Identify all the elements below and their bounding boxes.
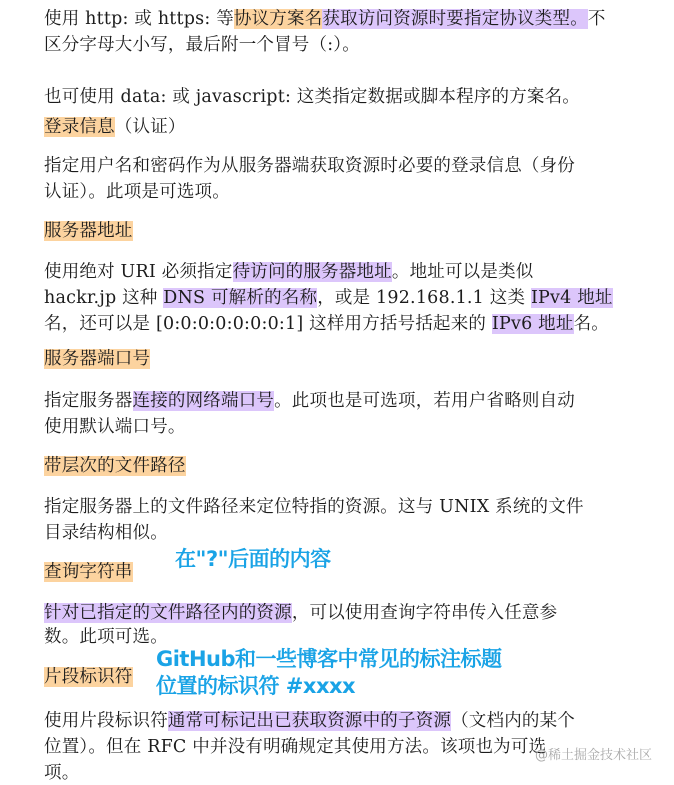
annotation-fragment-note-line2: 位置的标识符 #xxxx	[156, 673, 355, 700]
server-para-line2: hackr.jp 这种 DNS 可解析的名称，或是 192.168.1.1 这类…	[44, 285, 613, 311]
path-para-line1: 指定服务器上的文件路径来定位特指的资源。这与 UNIX 系统的文件	[44, 494, 584, 520]
server-para-line3: 名，还可以是 [0:0:0:0:0:0:0:1] 这样用方括号括起来的 IPv6…	[44, 311, 609, 337]
login-para-line2: 认证）。此项是可选项。	[44, 179, 230, 205]
scheme-para-line1: 使用 http: 或 https: 等协议方案名获取访问资源时要指定协议类型。不	[44, 6, 606, 32]
annotation-fragment-note-line1: GitHub和一些博客中常见的标注标题	[156, 646, 502, 673]
heading-login: 登录信息（认证）	[44, 114, 186, 140]
scheme-para-line2: 区分字母大小写，最后附一个冒号（:）。	[44, 32, 360, 58]
heading-fragment: 片段标识符	[44, 664, 133, 690]
port-para-line1: 指定服务器连接的网络端口号。此项也是可选项，若用户省略则自动	[44, 388, 575, 414]
heading-port: 服务器端口号	[44, 346, 150, 372]
fragment-para-line1: 使用片段标识符通常可标记出已获取资源中的子资源（文档内的某个	[44, 708, 575, 734]
watermark: @稀土掘金技术社区	[535, 744, 652, 763]
heading-path: 带层次的文件路径	[44, 453, 186, 479]
login-para-line1: 指定用户名和密码作为从服务器端获取资源时必要的登录信息（身份	[44, 153, 575, 179]
annotation-query-note: 在"?"后面的内容	[175, 546, 331, 573]
query-para-line2: 数。此项可选。	[44, 624, 168, 650]
fragment-para-line2: 位置）。但在 RFC 中并没有明确规定其使用方法。该项也为可选	[44, 734, 546, 760]
port-para-line2: 使用默认端口号。	[44, 414, 186, 440]
highlight-orange: 协议方案名	[234, 9, 323, 29]
server-para-line1: 使用绝对 URI 必须指定待访问的服务器地址。地址可以是类似	[44, 259, 533, 285]
fragment-para-line3: 项。	[44, 760, 79, 785]
path-para-line2: 目录结构相似。	[44, 520, 168, 546]
scheme-alt-para: 也可使用 data: 或 javascript: 这类指定数据或脚本程序的方案名…	[44, 84, 580, 110]
query-para-line1: 针对已指定的文件路径内的资源，可以使用查询字符串传入任意参	[44, 600, 557, 626]
heading-server: 服务器地址	[44, 218, 133, 244]
highlight-purple: 获取访问资源时要指定协议类型。	[322, 9, 588, 29]
heading-query: 查询字符串	[44, 559, 133, 585]
